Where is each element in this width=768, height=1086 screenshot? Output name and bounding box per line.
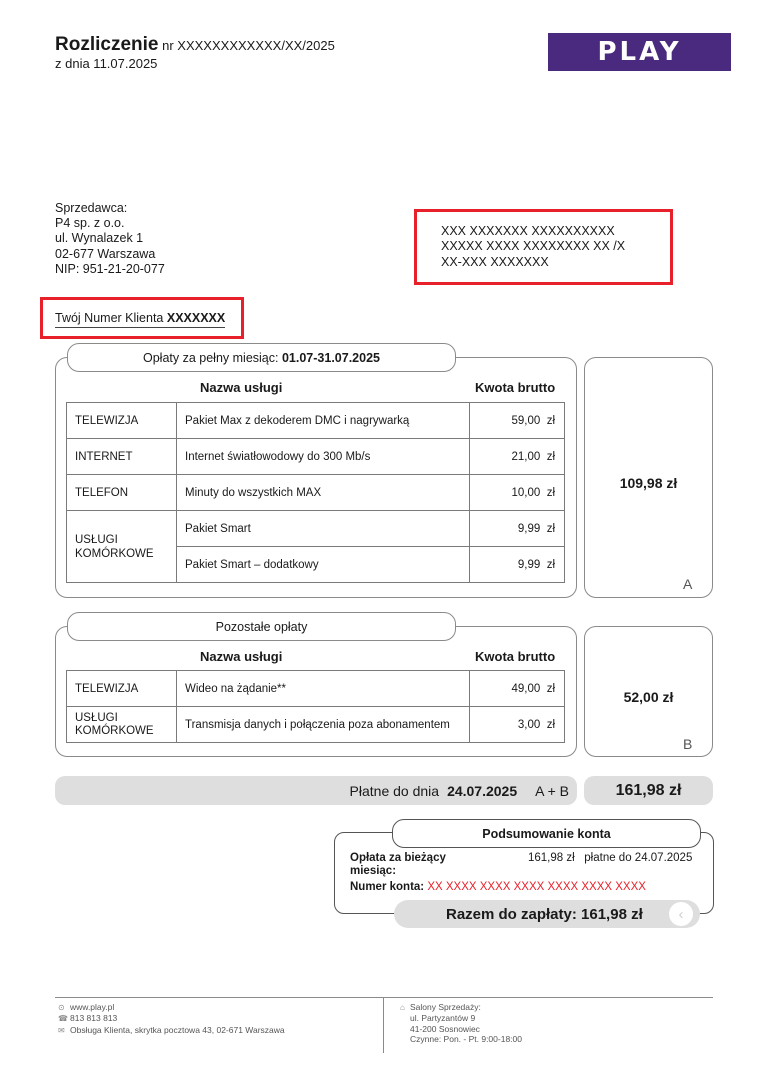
monthly-tab-label: Opłaty za pełny miesiąc: [143, 351, 278, 365]
client-number-value: XXXXXXX [167, 311, 225, 325]
chevron-left-icon[interactable]: ‹ [669, 902, 693, 926]
logo-text: PLAY [597, 37, 681, 67]
footer-divider [55, 997, 713, 998]
account-number-row: Numer konta: XX XXXX XXXX XXXX XXXX XXXX… [350, 881, 646, 894]
play-logo: PLAY [548, 33, 731, 71]
title-word: Rozliczenie [55, 34, 158, 55]
amount-cell: 59,00 zł [470, 403, 565, 439]
table-row: TELEWIZJA Wideo na żądanie** 49,00 zł [67, 671, 565, 707]
service-cell: Transmisja danych i połączenia poza abon… [177, 707, 470, 743]
store-icon: ⌂ [400, 1003, 410, 1013]
category-cell: TELEWIZJA [67, 671, 177, 707]
due-total: 161,98 zł [584, 776, 713, 805]
account-summary-title: Podsumowanie konta [392, 819, 701, 848]
seller-line: NIP: 951-21-20-077 [55, 262, 165, 277]
seller-line: ul. Wynalazek 1 [55, 231, 165, 246]
subtotal-a-value: 109,98 zł [584, 475, 713, 491]
category-cell: INTERNET [67, 439, 177, 475]
due-label: Płatne do dnia [350, 783, 440, 799]
seller-info: Sprzedawca: P4 sp. z o.o. ul. Wynalazek … [55, 201, 165, 277]
subtotal-b-letter: B [683, 736, 692, 752]
store-line: ul. Partyzantów 9 [400, 1013, 522, 1023]
category-cell: TELEWIZJA [67, 403, 177, 439]
table-row: USŁUGIKOMÓRKOWE Transmisja danych i połą… [67, 707, 565, 743]
due-date: 24.07.2025 [447, 783, 517, 799]
footer-web-link[interactable]: www.play.pl [70, 1002, 114, 1012]
recipient-address-box: XXX XXXXXXX XXXXXXXXXX XXXXX XXXX XXXXXX… [414, 209, 673, 285]
service-cell: Minuty do wszystkich MAX [177, 475, 470, 511]
monthly-period: 01.07-31.07.2025 [282, 351, 380, 365]
category-cell: USŁUGIKOMÓRKOWE [67, 511, 177, 583]
account-number-label: Numer konta: [350, 881, 424, 893]
subtotal-a-letter: A [683, 576, 692, 592]
due-formula: A + B [535, 783, 569, 799]
col-header-amount: Kwota brutto [475, 380, 555, 395]
footer-store: ⌂Salony Sprzedaży: ul. Partyzantów 9 41-… [400, 1002, 522, 1045]
monthly-charges-tab: Opłaty za pełny miesiąc: 01.07-31.07.202… [67, 343, 456, 372]
subtotal-b-value: 52,00 zł [584, 689, 713, 705]
col-header-service: Nazwa usługi [200, 380, 282, 395]
footer-column-divider [383, 997, 384, 1053]
category-cell: USŁUGIKOMÓRKOWE [67, 707, 177, 743]
total-to-pay-bar: Razem do zapłaty: 161,98 zł [394, 900, 700, 928]
col-header-amount: Kwota brutto [475, 649, 555, 664]
amount-cell: 9,99 zł [470, 511, 565, 547]
table-row: USŁUGIKOMÓRKOWE Pakiet Smart 9,99 zł [67, 511, 565, 547]
address-line: XXXXX XXXX XXXXXXXX XX /X [441, 239, 670, 254]
store-line: Czynne: Pon. - Pt. 9:00-18:00 [400, 1034, 522, 1044]
footer-mail: ✉Obsługa Klienta, skrytka pocztowa 43, 0… [58, 1025, 285, 1036]
other-charges-tab: Pozostałe opłaty [67, 612, 456, 641]
store-line: 41-200 Sosnowiec [400, 1024, 522, 1034]
service-cell: Pakiet Smart – dodatkowy [177, 547, 470, 583]
document-number: XXXXXXXXXXXX/XX/2025 [177, 38, 335, 53]
current-amount: 161,98 zł [528, 852, 575, 864]
other-charges-table: TELEWIZJA Wideo na żądanie** 49,00 zł US… [66, 670, 565, 743]
service-cell: Internet światłowodowy do 300 Mb/s [177, 439, 470, 475]
document-title: Rozliczenie nr XXXXXXXXXXXX/XX/2025 [55, 34, 335, 56]
col-header-service: Nazwa usługi [200, 649, 282, 664]
current-charge-value: 161,98 zł płatne do 24.07.2025 [528, 852, 692, 864]
footer-web: ⊙www.play.pl [58, 1002, 285, 1013]
service-cell: Pakiet Smart [177, 511, 470, 547]
seller-line: 02-677 Warszawa [55, 247, 165, 262]
amount-cell: 3,00 zł [470, 707, 565, 743]
table-row: TELEFON Minuty do wszystkich MAX 10,00 z… [67, 475, 565, 511]
service-cell: Pakiet Max z dekoderem DMC i nagrywarką [177, 403, 470, 439]
table-row: INTERNET Internet światłowodowy do 300 M… [67, 439, 565, 475]
amount-cell: 10,00 zł [470, 475, 565, 511]
footer-contact: ⊙www.play.pl ☎813 813 813 ✉Obsługa Klien… [58, 1002, 285, 1036]
footer-phone: ☎813 813 813 [58, 1013, 285, 1024]
current-charge-label: Opłata za bieżący miesiąc: [350, 852, 446, 878]
seller-line: P4 sp. z o.o. [55, 216, 165, 231]
other-tab-label: Pozostałe opłaty [216, 620, 308, 634]
address-line: XX-XXX XXXXXXX [441, 255, 670, 270]
table-row: TELEWIZJA Pakiet Max z dekoderem DMC i n… [67, 403, 565, 439]
client-number: Twój Numer Klienta XXXXXXX [55, 311, 225, 328]
mail-icon: ✉ [58, 1026, 70, 1036]
service-cell: Wideo na żądanie** [177, 671, 470, 707]
address-line: XXX XXXXXXX XXXXXXXXXX [441, 224, 670, 239]
client-number-label: Twój Numer Klienta [55, 311, 163, 325]
amount-cell: 21,00 zł [470, 439, 565, 475]
phone-icon: ☎ [58, 1014, 70, 1024]
seller-line: Sprzedawca: [55, 201, 165, 216]
document-date: z dnia 11.07.2025 [55, 56, 157, 71]
category-cell: TELEFON [67, 475, 177, 511]
current-due: płatne do 24.07.2025 [584, 852, 692, 864]
monthly-charges-table: TELEWIZJA Pakiet Max z dekoderem DMC i n… [66, 402, 565, 583]
amount-cell: 49,00 zł [470, 671, 565, 707]
number-prefix: nr [162, 38, 174, 53]
amount-cell: 9,99 zł [470, 547, 565, 583]
account-number-value: XX XXXX XXXX XXXX XXXX XXXX XXXX [427, 881, 646, 893]
due-date-bar: Płatne do dnia 24.07.2025 A + B [55, 776, 577, 805]
web-icon: ⊙ [58, 1003, 70, 1013]
